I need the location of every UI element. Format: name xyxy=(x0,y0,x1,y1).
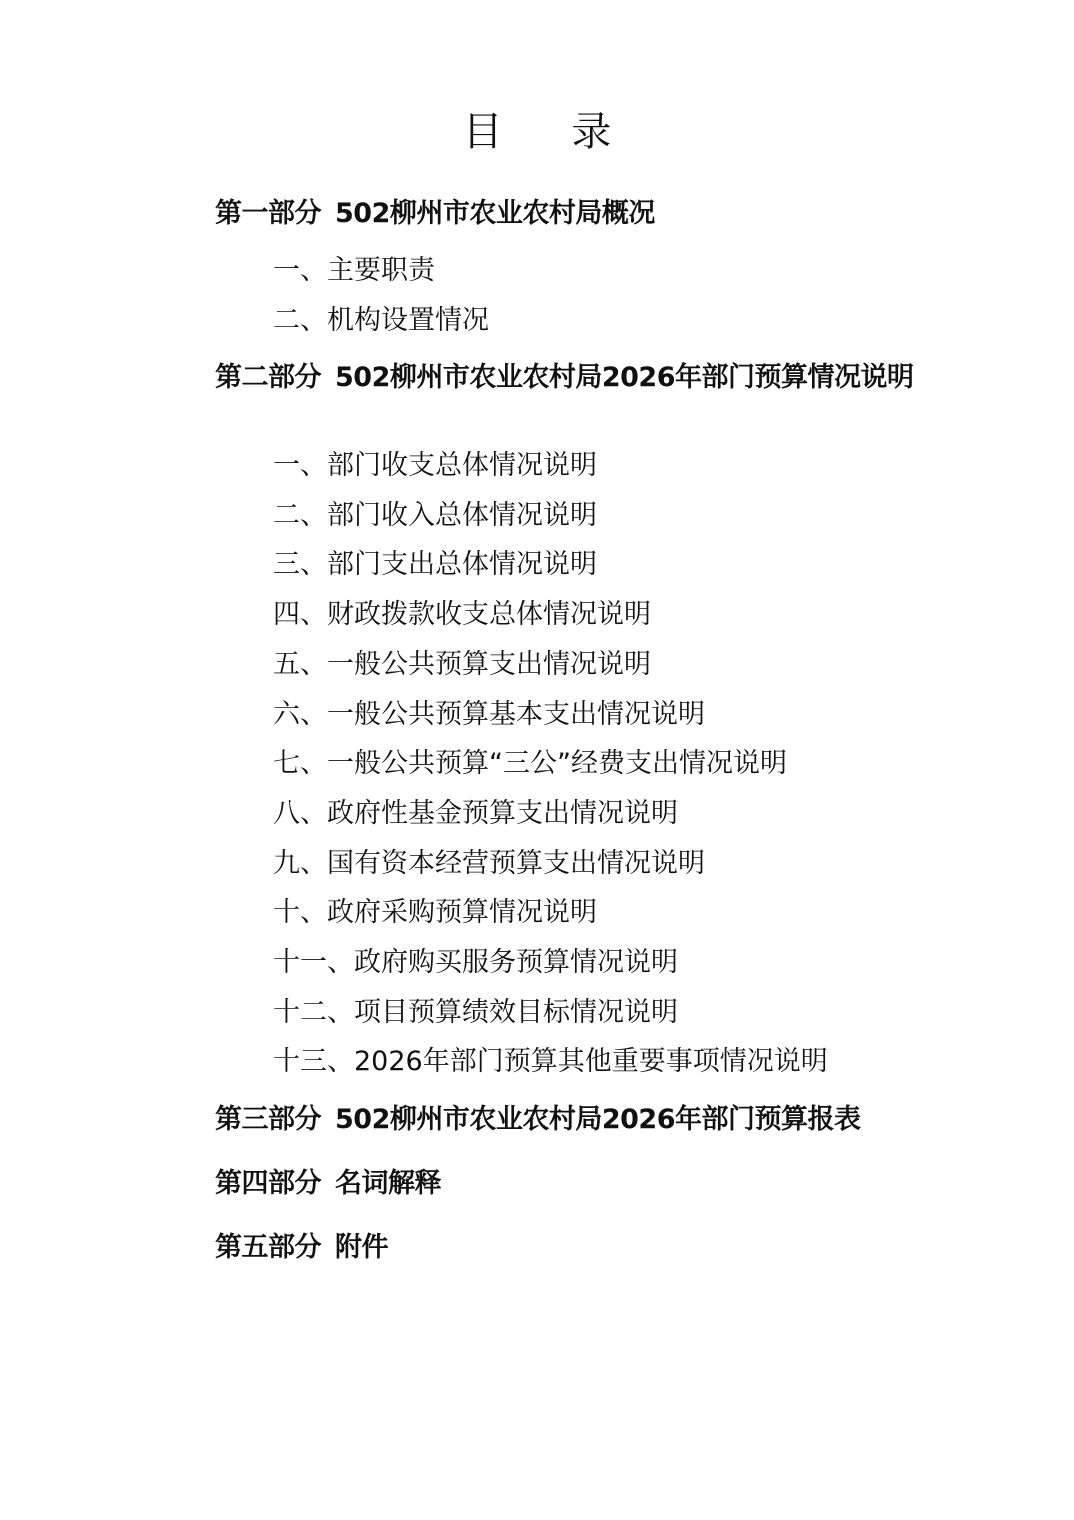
part-label: 第三部分 xyxy=(215,1104,321,1135)
part-label: 第四部分 xyxy=(215,1168,321,1199)
part-label: 第五部分 xyxy=(215,1232,321,1263)
toc-item[interactable]: 一、主要职责 xyxy=(273,253,435,289)
toc-item[interactable]: 十一、政府购买服务预算情况说明 xyxy=(273,945,678,981)
part-title: 502柳州市农业农村局2026年部门预算报表 xyxy=(335,1104,861,1135)
toc-part-4[interactable]: 第四部分名词解释 xyxy=(215,1166,441,1202)
toc-item[interactable]: 四、财政拨款收支总体情况说明 xyxy=(273,597,651,633)
part-title: 502柳州市农业农村局2026年部门预算情况说明 xyxy=(335,362,914,393)
toc-item[interactable]: 一、部门收支总体情况说明 xyxy=(273,448,597,484)
toc-title: 目 录 xyxy=(0,106,1074,158)
toc-item[interactable]: 七、一般公共预算“三公”经费支出情况说明 xyxy=(273,746,787,782)
toc-part-5[interactable]: 第五部分附件 xyxy=(215,1230,388,1266)
part-title: 502柳州市农业农村局概况 xyxy=(335,198,655,229)
toc-part-2[interactable]: 第二部分502柳州市农业农村局2026年部门预算情况说明 xyxy=(157,360,917,396)
toc-part-3[interactable]: 第三部分502柳州市农业农村局2026年部门预算报表 xyxy=(215,1102,861,1138)
toc-item[interactable]: 二、机构设置情况 xyxy=(273,303,489,339)
part-label: 第二部分 xyxy=(215,362,321,393)
part-title: 附件 xyxy=(335,1232,388,1263)
toc-item[interactable]: 八、政府性基金预算支出情况说明 xyxy=(273,796,678,832)
toc-item[interactable]: 十二、项目预算绩效目标情况说明 xyxy=(273,995,678,1031)
toc-item[interactable]: 十、政府采购预算情况说明 xyxy=(273,895,597,931)
toc-part-1[interactable]: 第一部分502柳州市农业农村局概况 xyxy=(215,196,655,232)
toc-item[interactable]: 三、部门支出总体情况说明 xyxy=(273,547,597,583)
toc-item[interactable]: 十三、2026年部门预算其他重要事项情况说明 xyxy=(273,1044,828,1080)
part-title: 名词解释 xyxy=(335,1168,441,1199)
toc-item[interactable]: 二、部门收入总体情况说明 xyxy=(273,498,597,534)
toc-item[interactable]: 五、一般公共预算支出情况说明 xyxy=(273,647,651,683)
part-label: 第一部分 xyxy=(215,198,321,229)
toc-item[interactable]: 九、国有资本经营预算支出情况说明 xyxy=(273,846,705,882)
toc-item[interactable]: 六、一般公共预算基本支出情况说明 xyxy=(273,697,705,733)
